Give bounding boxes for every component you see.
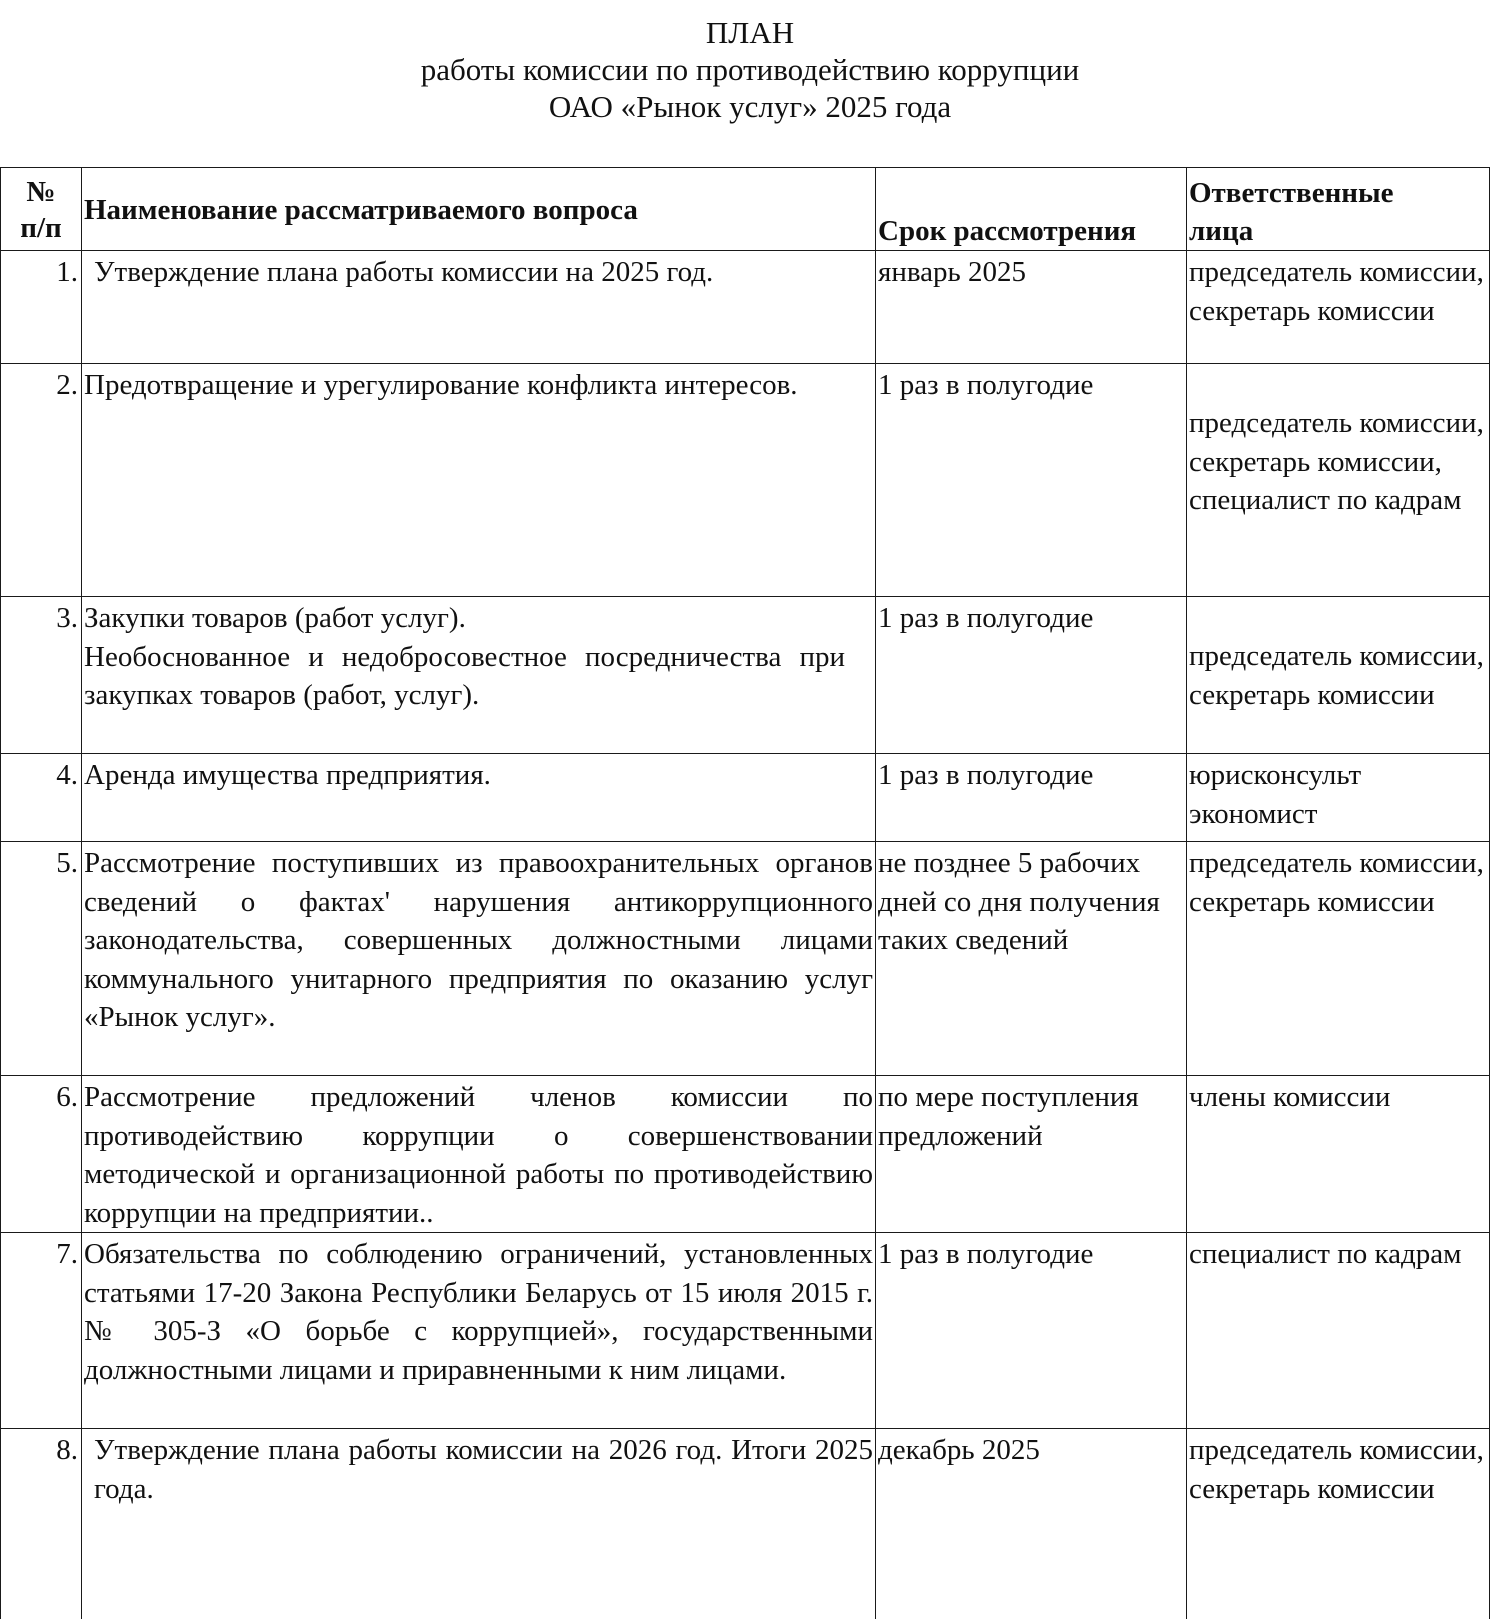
row-topic: Обязательства по соблюдению ограничений,… <box>82 1233 876 1429</box>
row-topic: Закупки товаров (работ услуг). Необоснов… <box>82 597 876 754</box>
row-responsible: члены комиссии <box>1187 1076 1490 1233</box>
plan-table: № п/п Наименование рассматриваемого вопр… <box>0 167 1490 1619</box>
row-responsible: председатель комиссии, секретарь комисси… <box>1187 251 1490 364</box>
row-responsible: председатель комиссии, секретарь комисси… <box>1187 1429 1490 1619</box>
table-row: 3. Закупки товаров (работ услуг). Необос… <box>1 597 1490 754</box>
row-number: 5. <box>1 842 82 1076</box>
document-title: ПЛАН работы комиссии по противодействию … <box>0 14 1500 125</box>
row-responsible: юрисконсульт экономист <box>1187 754 1490 842</box>
row-topic: Рассмотрение поступивших из правоохранит… <box>82 842 876 1076</box>
table-row: 2. Предотвращение и урегулирование конфл… <box>1 364 1490 597</box>
table-header-row: № п/п Наименование рассматриваемого вопр… <box>1 168 1490 251</box>
row-topic: Предотвращение и урегулирование конфликт… <box>82 364 876 597</box>
row-responsible: специалист по кадрам <box>1187 1233 1490 1429</box>
title-line-organization: ОАО «Рынок услуг» 2025 года <box>0 88 1500 125</box>
row-term: 1 раз в полугодие <box>876 754 1187 842</box>
row-term: январь 2025 <box>876 251 1187 364</box>
row-responsible-cell: председатель комиссии, секретарь комисси… <box>1187 597 1490 754</box>
row-term: 1 раз в полугодие <box>876 364 1187 597</box>
table-row: 5. Рассмотрение поступивших из правоохра… <box>1 842 1490 1076</box>
row-topic: Утверждение плана работы комиссии на 202… <box>82 1429 876 1619</box>
row-topic: Рассмотрение предложений членов комиссии… <box>82 1076 876 1233</box>
row-number: 3. <box>1 597 82 754</box>
row-responsible: председатель комиссии, секретарь комисси… <box>1189 599 1487 714</box>
row-number: 6. <box>1 1076 82 1233</box>
row-topic: Аренда имущества предприятия. <box>82 754 876 842</box>
row-number: 7. <box>1 1233 82 1429</box>
row-term: не позднее 5 рабочих дней со дня получен… <box>876 842 1187 1076</box>
title-line-plan: ПЛАН <box>0 14 1500 51</box>
table-row: 8. Утверждение плана работы комиссии на … <box>1 1429 1490 1619</box>
row-number: 2. <box>1 364 82 597</box>
header-term: Срок рассмотрения <box>876 168 1187 251</box>
table-row: 7. Обязательства по соблюдению ограничен… <box>1 1233 1490 1429</box>
row-number: 4. <box>1 754 82 842</box>
table-row: 1. Утверждение плана работы комиссии на … <box>1 251 1490 364</box>
header-number: № п/п <box>1 168 82 251</box>
table-row: 6. Рассмотрение предложений членов комис… <box>1 1076 1490 1233</box>
row-term: 1 раз в полугодие <box>876 1233 1187 1429</box>
row-term: по мере поступления предложений <box>876 1076 1187 1233</box>
row-responsible-cell: председатель комиссии, секретарь комисси… <box>1187 364 1490 597</box>
row-term: 1 раз в полугодие <box>876 597 1187 754</box>
title-line-subject: работы комиссии по противодействию корру… <box>0 51 1500 88</box>
row-number: 8. <box>1 1429 82 1619</box>
header-responsible: Ответственные лица <box>1187 168 1490 251</box>
row-topic: Утверждение плана работы комиссии на 202… <box>82 251 876 364</box>
header-topic: Наименование рассматриваемого вопроса <box>82 168 876 251</box>
row-number: 1. <box>1 251 82 364</box>
row-responsible: председатель комиссии, секретарь комисси… <box>1187 842 1490 1076</box>
row-responsible: председатель комиссии, секретарь комисси… <box>1189 366 1487 520</box>
table-row: 4. Аренда имущества предприятия. 1 раз в… <box>1 754 1490 842</box>
row-term: декабрь 2025 <box>876 1429 1187 1619</box>
